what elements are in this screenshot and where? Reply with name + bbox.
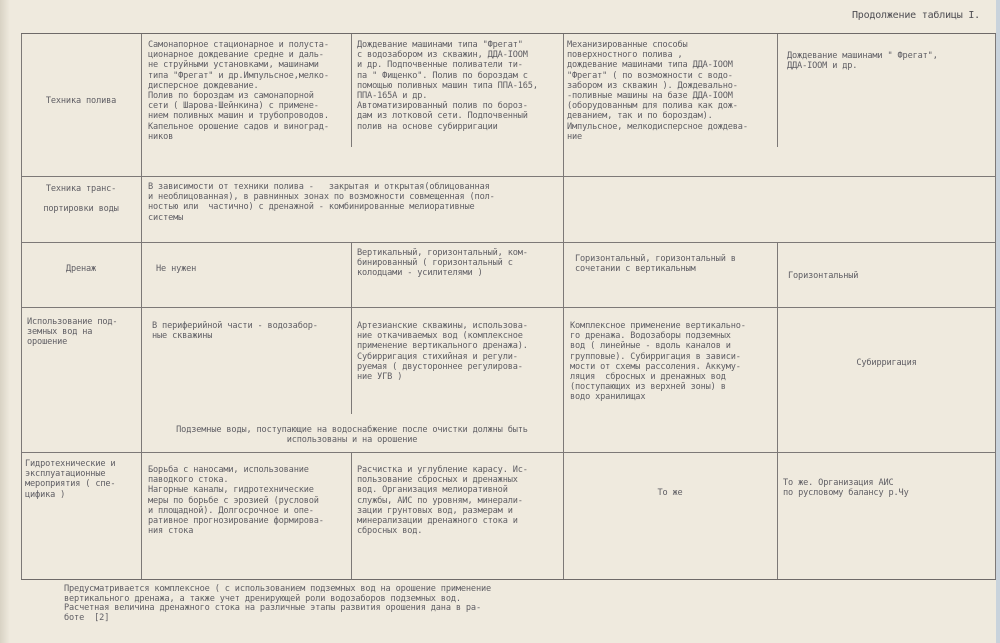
cell-irrigation-zone3: Механизированные способы поверхностного … xyxy=(567,40,775,142)
cell-drainage-zone4: Горизонтальный xyxy=(788,271,988,281)
cell-drainage-zone2: Вертикальный, горизонтальный, ком- бинир… xyxy=(357,248,562,279)
cell-irrigation-zone2: Дождевание машинами типа "Фрегат" с водо… xyxy=(357,40,562,132)
cell-groundwater-supply-note: Подземные воды, поступающие на водоснабж… xyxy=(142,425,562,445)
row-divider xyxy=(21,176,996,177)
table-footnote: Предусматривается комплексное ( с исполь… xyxy=(64,585,584,623)
cell-hydrotechnical-zone3: То же xyxy=(565,488,775,498)
row-label-groundwater-use: Использование под- земных вод на орошени… xyxy=(27,317,141,348)
scan-right-edge xyxy=(996,0,1000,643)
cell-water-transport-merged: В зависимости от техники полива - закрыт… xyxy=(148,182,568,223)
row-label-drainage: Дренаж xyxy=(23,264,139,274)
column-divider xyxy=(351,34,352,147)
row-label-irrigation-technique: Техника полива xyxy=(23,96,139,106)
cell-hydrotechnical-zone2: Расчистка и углубление карасу. Ис- польз… xyxy=(357,465,562,536)
row-label-hydrotechnical-measures: Гидротехнические и эксплуатационные меро… xyxy=(25,459,141,500)
row-divider xyxy=(21,242,996,243)
cell-groundwater-zone1: В периферийной части - водозабор- ные ск… xyxy=(152,321,347,341)
column-divider xyxy=(351,452,352,579)
row-label-water-transport: Техника транс- портировки воды xyxy=(23,184,139,215)
cell-hydrotechnical-zone1: Борьба с наносами, использование паводко… xyxy=(148,465,348,536)
column-divider xyxy=(777,34,778,147)
cell-drainage-zone3: Горизонтальный, горизонтальный в сочетан… xyxy=(575,254,775,274)
cell-groundwater-zone2: Артезианские скважины, использова- ние о… xyxy=(357,321,562,382)
cell-irrigation-zone1: Самонапорное стационарное и полуста- цио… xyxy=(148,40,348,142)
row-divider xyxy=(21,307,996,308)
cell-irrigation-zone4: Дождевание машинами " Фрегат", ДДА-IООМ … xyxy=(787,51,992,71)
cell-drainage-zone1: Не нужен xyxy=(156,264,346,274)
cell-groundwater-zone3: Комплексное применение вертикально- го д… xyxy=(570,321,775,403)
row-divider xyxy=(21,452,996,453)
cell-groundwater-zone4: Субирригация xyxy=(779,358,994,368)
scan-page-edge xyxy=(0,0,10,643)
column-divider xyxy=(777,242,778,579)
table-continuation-note: Продолжение таблицы I. xyxy=(852,10,980,21)
comparison-table: Техника полива Самонапорное стационарное… xyxy=(21,33,996,580)
column-divider xyxy=(351,242,352,414)
cell-hydrotechnical-zone4: То же. Организация АИС по русловому бала… xyxy=(783,478,993,498)
